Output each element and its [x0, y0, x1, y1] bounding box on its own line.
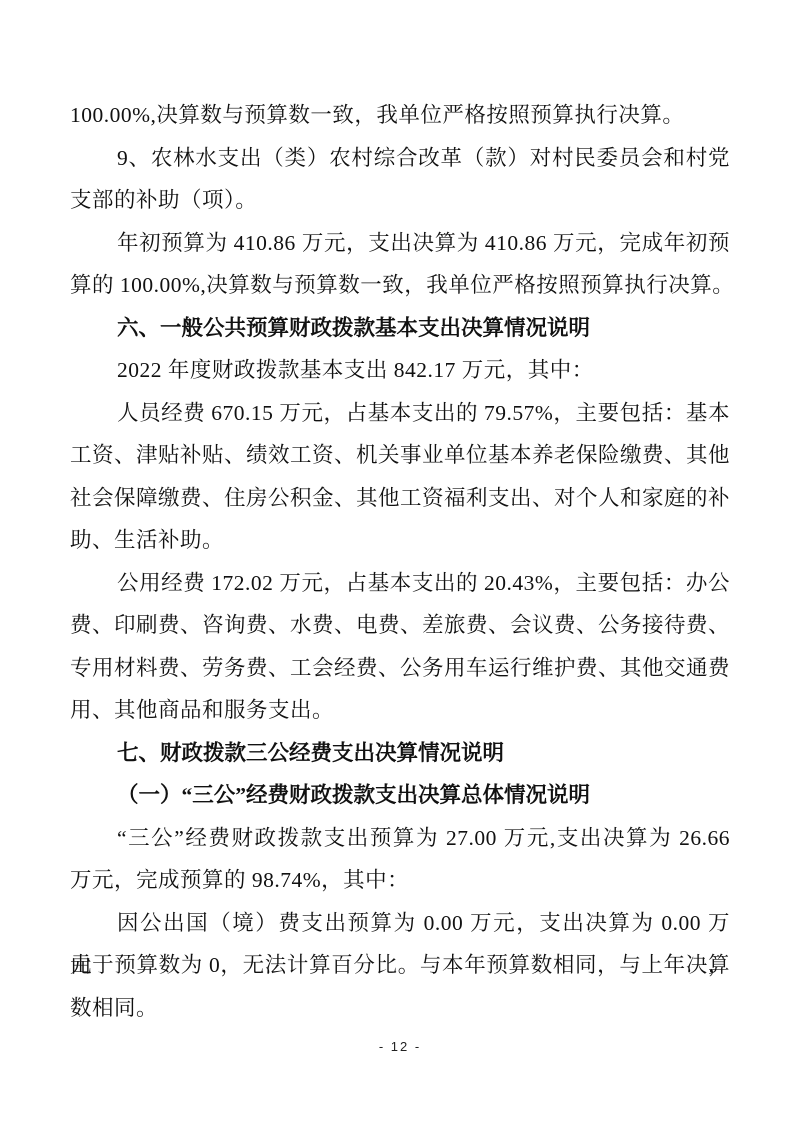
doc-line-13: 费、印刷费、咨询费、水费、电费、差旅费、会议费、公务接待费、	[70, 604, 730, 647]
doc-line-9: 工资、津贴补贴、绩效工资、机关事业单位基本养老保险缴费、其他	[70, 434, 730, 477]
heading-subsection-1: （一）“三公”经费财政拨款支出决算总体情况说明	[70, 774, 730, 817]
heading-section-7: 七、财政拨款三公经费支出决算情况说明	[70, 732, 730, 775]
doc-line-15: 用、其他商品和服务支出。	[70, 689, 730, 732]
doc-line-10: 社会保障缴费、住房公积金、其他工资福利支出、对个人和家庭的补	[70, 477, 730, 520]
doc-line-11: 助、生活补助。	[70, 519, 730, 562]
doc-line-14: 专用材料费、劳务费、工会经费、公务用车运行维护费、其他交通费	[70, 647, 730, 690]
doc-line-7: 2022 年度财政拨款基本支出 842.17 万元，其中：	[70, 349, 730, 392]
doc-line-5: 算的 100.00%,决算数与预算数一致，我单位严格按照预算执行决算。	[70, 264, 730, 307]
document-page: 100.00%,决算数与预算数一致，我单位严格按照预算执行决算。 9、农林水支出…	[0, 0, 793, 1122]
doc-line-22: 数相同。	[70, 987, 730, 1030]
page-number: - 12 -	[70, 1038, 730, 1056]
doc-line-3: 支部的补助（项）。	[70, 179, 730, 222]
doc-line-8: 人员经费 670.15 万元，占基本支出的 79.57%，主要包括：基本	[70, 392, 730, 435]
doc-line-18: “三公”经费财政拨款支出预算为 27.00 万元,支出决算为 26.66	[70, 817, 730, 860]
doc-line-2: 9、农林水支出（类）农村综合改革（款）对村民委员会和村党	[70, 137, 730, 180]
doc-line-19: 万元，完成预算的 98.74%，其中：	[70, 859, 730, 902]
doc-line-12: 公用经费 172.02 万元，占基本支出的 20.43%，主要包括：办公	[70, 562, 730, 605]
doc-line-21: 由于预算数为 0，无法计算百分比。与本年预算数相同，与上年决算	[70, 944, 730, 987]
doc-line-20: 因公出国（境）费支出预算为 0.00 万元，支出决算为 0.00 万元，	[70, 902, 730, 945]
doc-line-4: 年初预算为 410.86 万元，支出决算为 410.86 万元，完成年初预	[70, 222, 730, 265]
doc-line-1: 100.00%,决算数与预算数一致，我单位严格按照预算执行决算。	[70, 94, 730, 137]
heading-section-6: 六、一般公共预算财政拨款基本支出决算情况说明	[70, 307, 730, 350]
